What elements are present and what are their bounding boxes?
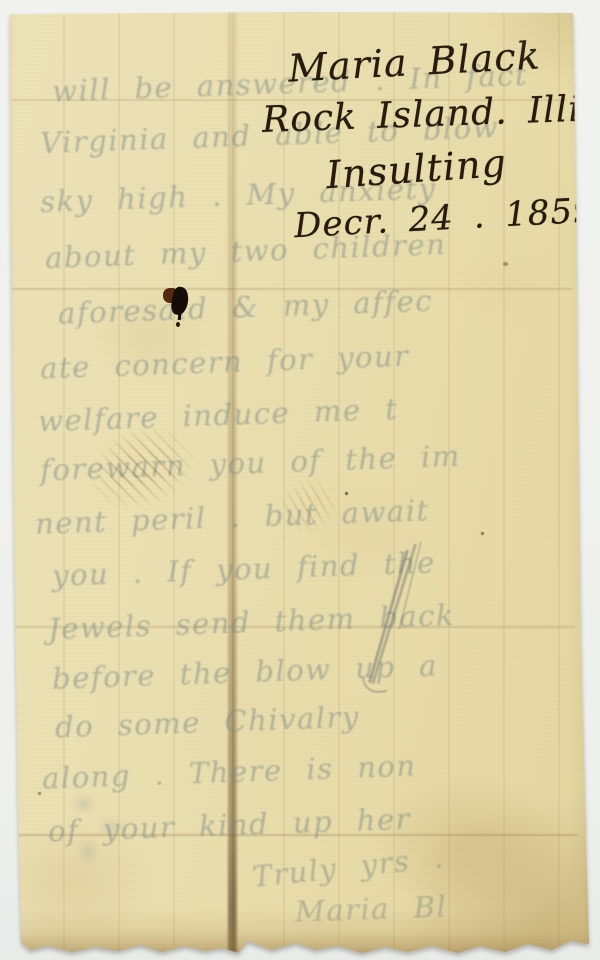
- bleedthrough-line: aforesaid & my affec: [58, 283, 434, 330]
- ink-blot-tail: [178, 313, 182, 320]
- ink-blot-dot: [176, 322, 180, 327]
- bleedthrough-signoff: Truly yrs .: [251, 840, 446, 894]
- stain-speck: [345, 492, 348, 495]
- bleedthrough-signature: Maria Bl: [294, 889, 447, 928]
- bleedthrough-line: do some Chivalry: [54, 700, 360, 745]
- inscription-subject-line: Insulting: [325, 141, 508, 198]
- pencil-stroke-hook: [362, 674, 387, 696]
- paper-wrap: will be answered . In fact Virginia and …: [0, 0, 600, 960]
- stain-speck: [481, 532, 484, 535]
- bleedthrough-line: welfare induce me t: [38, 392, 399, 439]
- faint-gray-smudge: [55, 780, 150, 875]
- letter-paper: will be answered . In fact Virginia and …: [0, 0, 600, 960]
- brown-smudge-stain: [273, 472, 344, 540]
- ink-blot-stain: [160, 284, 205, 329]
- bleedthrough-line: ate concern for your: [40, 339, 410, 386]
- pencil-stroke: [371, 544, 416, 684]
- stain-speck: [503, 262, 508, 266]
- letter-photo: will be answered . In fact Virginia and …: [0, 0, 600, 960]
- stain-speck: [38, 792, 41, 795]
- pencil-scribble-marks: [360, 540, 430, 705]
